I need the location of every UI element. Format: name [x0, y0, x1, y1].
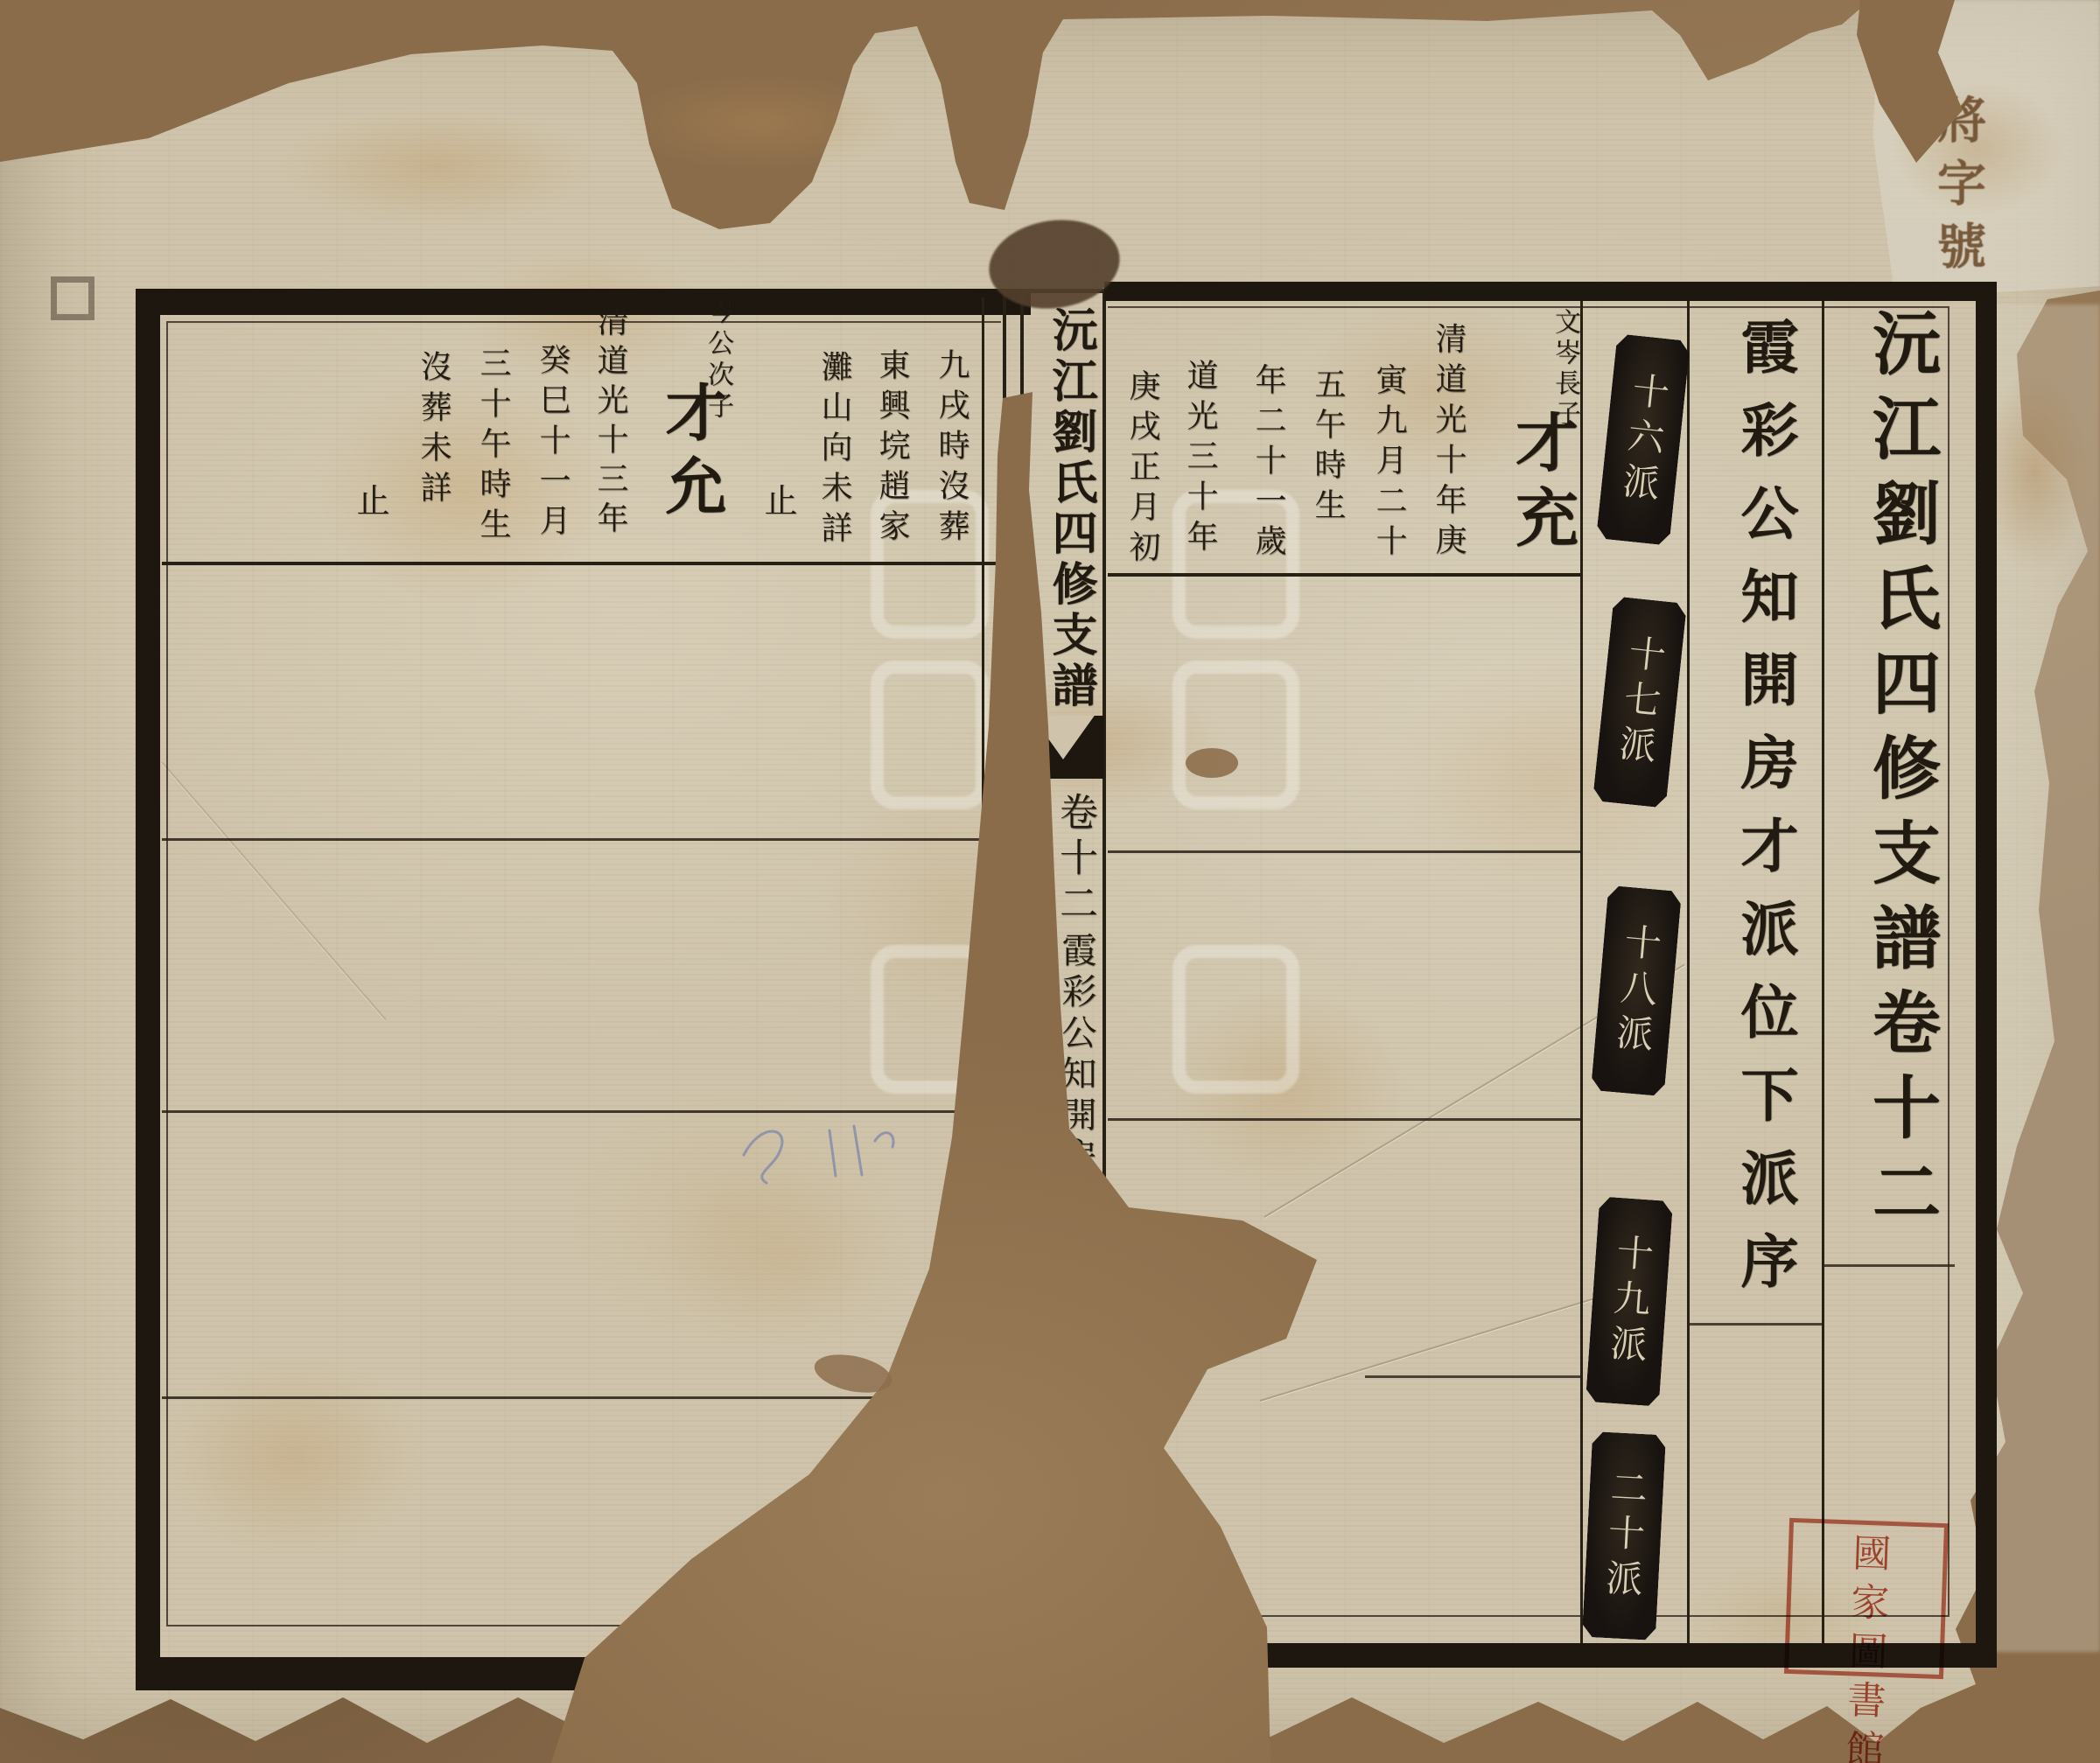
library-seal: 國家圖書館藏 [1784, 1518, 1949, 1679]
entry-column: 寅九月二十 [1367, 363, 1411, 564]
entry-column: 庚戌正月初 [1120, 369, 1165, 570]
page-subtitle: 霞彩公知開房才派位下派序 [1724, 317, 1807, 1314]
tear-blob-small [1186, 748, 1238, 778]
edge-mark [51, 276, 94, 320]
generation-tab: 二十派 [1582, 1431, 1666, 1641]
page-title: 沅江劉氏四修支譜卷十二 [1851, 308, 1949, 1242]
end-mark: 止 [754, 483, 802, 516]
generation-tab: 十九派 [1585, 1196, 1673, 1406]
row-line [1108, 1118, 1582, 1121]
scanned-genealogy-spread: 九戌時沒葬 東興垸趙家 灘山向未詳 止 岑公次子 才允 清道光十三年 癸巳十一月… [0, 0, 2100, 1763]
row-line [1108, 573, 1582, 577]
row-line [1108, 850, 1582, 853]
column-divider [1822, 301, 1824, 1643]
title-end-line [1822, 1264, 1955, 1267]
entry-column: 沒葬未詳 [411, 350, 456, 511]
entry-column: 道光三十年 [1178, 359, 1222, 560]
row-line [162, 562, 1004, 565]
burial-column: 東興垸趙家 [870, 348, 914, 549]
column-divider [1687, 301, 1690, 1643]
spine-title: 沅江劉氏四修支譜 [1038, 306, 1103, 712]
entry-column: 三十午時生 [471, 346, 515, 548]
entry-column: 清道光十年庚 [1426, 322, 1471, 563]
subtitle-end-line [1687, 1323, 1822, 1326]
row-line [162, 838, 1004, 841]
pen-scribble [726, 1113, 901, 1196]
row-line [1365, 1375, 1582, 1378]
entry-column: 清道光十三年 [588, 304, 633, 541]
right-margin-backing-paper [1979, 304, 2100, 1652]
entry-column: 年二十一歲 [1246, 363, 1291, 564]
burial-column: 灘山向未詳 [812, 350, 857, 551]
end-mark: 止 [346, 483, 395, 516]
entry-column: 癸巳十一月 [530, 343, 575, 544]
entry-name: 才充 [1496, 409, 1587, 560]
entry-column: 五午時生 [1305, 367, 1350, 528]
burial-column: 九戌時沒葬 [929, 348, 974, 549]
entry-name: 才允 [647, 381, 736, 528]
